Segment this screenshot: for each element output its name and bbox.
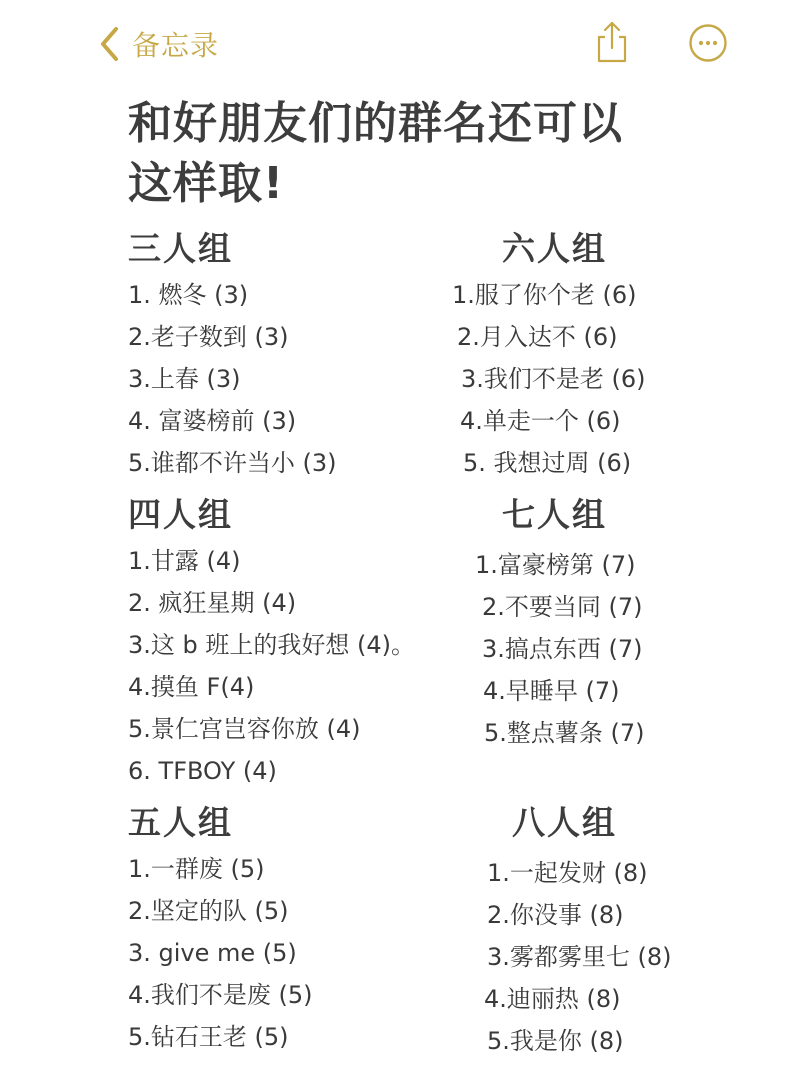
share-icon[interactable]: [594, 20, 630, 64]
list-item: 6. TFBOY (4): [128, 750, 415, 792]
list-item: 2.不要当同 (7): [482, 586, 645, 628]
list-item: 1. 燃冬 (3): [128, 274, 337, 316]
list-item: 2.你没事 (8): [487, 894, 672, 936]
group-six: 六人组: [502, 224, 607, 274]
list-item: 5.我是你 (8): [487, 1020, 672, 1062]
group-title: 六人组: [502, 224, 607, 274]
group-seven: 七人组: [502, 490, 607, 540]
group-title: 五人组: [128, 798, 313, 848]
group-title: 三人组: [128, 224, 337, 274]
group-title: 四人组: [128, 490, 415, 540]
group-list-six: 1.服了你个老 (6) 2.月入达不 (6) 3.我们不是老 (6) 4.单走一…: [452, 274, 646, 484]
list-item: 5.钻石王老 (5): [128, 1016, 313, 1058]
list-item: 2.老子数到 (3): [128, 316, 337, 358]
list-item: 4.摸鱼 F(4): [128, 666, 415, 708]
note-title: 和好朋友们的群名还可以 这样取!: [128, 94, 728, 214]
list-item: 3. give me (5): [128, 932, 313, 974]
group-three: 三人组 1. 燃冬 (3) 2.老子数到 (3) 3.上春 (3) 4. 富婆榜…: [128, 224, 337, 484]
group-four: 四人组 1.甘露 (4) 2. 疯狂星期 (4) 3.这 b 班上的我好想 (4…: [128, 490, 415, 792]
group-list: 1.一群废 (5) 2.坚定的队 (5) 3. give me (5) 4.我们…: [128, 848, 313, 1058]
list-item: 5.整点薯条 (7): [484, 712, 645, 754]
list-item: 3.搞点东西 (7): [482, 628, 645, 670]
list-item: 2.坚定的队 (5): [128, 890, 313, 932]
list-item: 2.月入达不 (6): [457, 316, 646, 358]
list-item: 4. 富婆榜前 (3): [128, 400, 337, 442]
list-item: 3.上春 (3): [128, 358, 337, 400]
list-item: 4.我们不是废 (5): [128, 974, 313, 1016]
group-list: 1. 燃冬 (3) 2.老子数到 (3) 3.上春 (3) 4. 富婆榜前 (3…: [128, 274, 337, 484]
group-list-eight: 1.一起发财 (8) 2.你没事 (8) 3.雾都雾里七 (8) 4.迪丽热 (…: [484, 852, 672, 1062]
list-item: 3.这 b 班上的我好想 (4)。: [128, 624, 415, 666]
navigation-bar: 备忘录: [0, 0, 800, 90]
list-item: 4.早睡早 (7): [483, 670, 645, 712]
group-title: 八人组: [512, 798, 617, 848]
list-item: 1.一起发财 (8): [487, 852, 672, 894]
list-item: 5.谁都不许当小 (3): [128, 442, 337, 484]
chevron-left-icon: [98, 26, 120, 62]
list-item: 4.迪丽热 (8): [484, 978, 672, 1020]
list-item: 4.单走一个 (6): [460, 400, 646, 442]
note-title-line-2: 这样取!: [128, 154, 728, 214]
more-icon[interactable]: [688, 23, 728, 63]
list-item: 5. 我想过周 (6): [463, 442, 646, 484]
note-title-line-1: 和好朋友们的群名还可以: [128, 94, 728, 154]
back-button[interactable]: 备忘录: [98, 24, 219, 64]
list-item: 2. 疯狂星期 (4): [128, 582, 415, 624]
list-item: 3.雾都雾里七 (8): [487, 936, 672, 978]
group-list-seven: 1.富豪榜第 (7) 2.不要当同 (7) 3.搞点东西 (7) 4.早睡早 (…: [475, 544, 645, 754]
list-item: 1.甘露 (4): [128, 540, 415, 582]
back-label: 备忘录: [132, 24, 219, 64]
group-five: 五人组 1.一群废 (5) 2.坚定的队 (5) 3. give me (5) …: [128, 798, 313, 1058]
list-item: 1.服了你个老 (6): [452, 274, 646, 316]
group-eight: 八人组: [512, 798, 617, 848]
group-list: 1.甘露 (4) 2. 疯狂星期 (4) 3.这 b 班上的我好想 (4)。 4…: [128, 540, 415, 792]
list-item: 1.富豪榜第 (7): [475, 544, 645, 586]
list-item: 1.一群废 (5): [128, 848, 313, 890]
group-title: 七人组: [502, 490, 607, 540]
list-item: 3.我们不是老 (6): [461, 358, 646, 400]
list-item: 5.景仁宫岂容你放 (4): [128, 708, 415, 750]
